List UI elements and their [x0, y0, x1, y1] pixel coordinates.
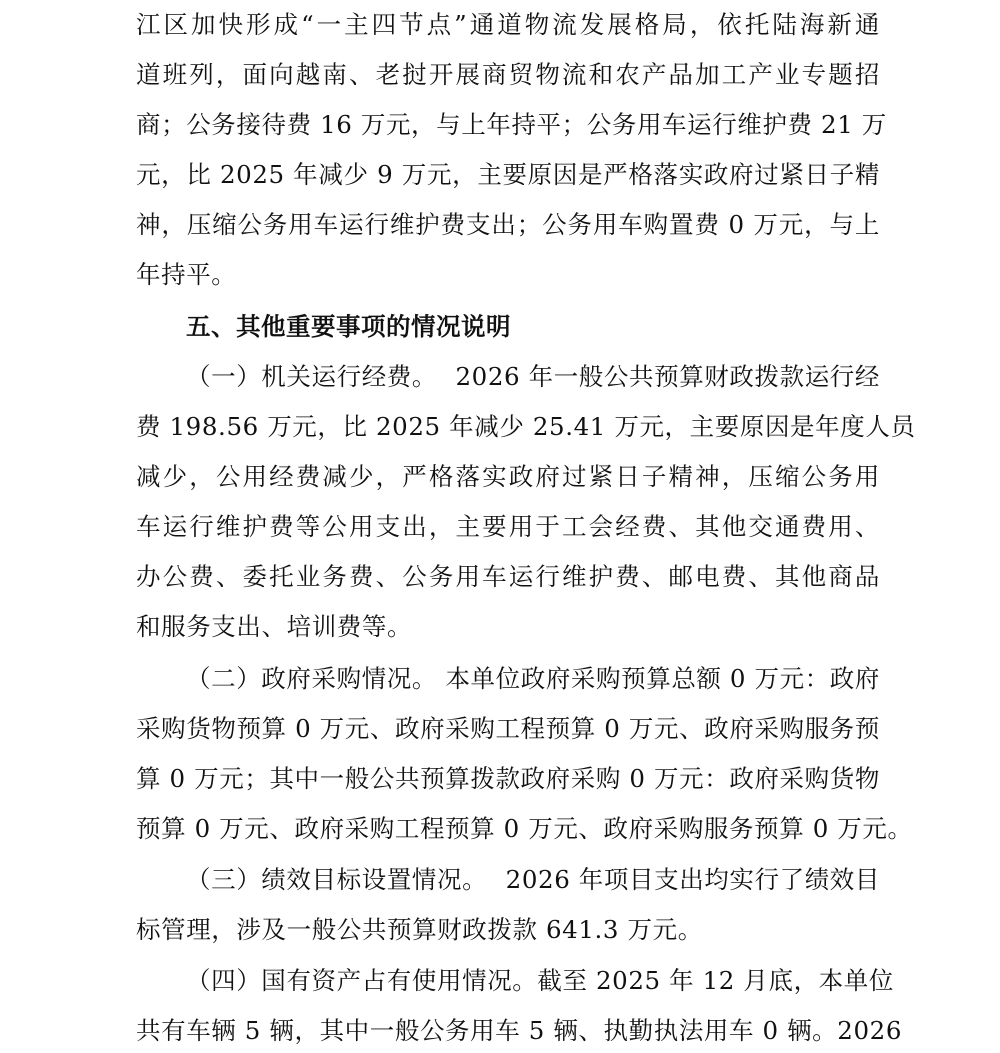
subsection-first-line: （二）政府采购情况。 本单位政府采购预算总额 0 万元：政府 [186, 654, 880, 704]
paragraph-line: 共有车辆 5 辆，其中一般公务用车 5 辆、执勤执法用车 0 辆。2026 [136, 1006, 880, 1053]
paragraph-line: 费 198.56 万元，比 2025 年减少 25.41 万元，主要原因是年度人… [136, 402, 880, 452]
subsection-title: （一）机关运行经费。 [186, 352, 437, 402]
paragraph-line: 神，压缩公务用车运行维护费支出；公务用车购置费 0 万元，与上 [136, 200, 880, 250]
subsection-first-line: （一）机关运行经费。 2026 年一般公共预算财政拨款运行经 [186, 352, 880, 402]
subsection-title: （二）政府采购情况。 [186, 654, 437, 704]
subsection-first-line: （三）绩效目标设置情况。 2026 年项目支出均实行了绩效目 [186, 855, 880, 905]
paragraph-line: 办公费、委托业务费、公务用车运行维护费、邮电费、其他商品 [136, 552, 880, 602]
paragraph-line: 商；公务接待费 16 万元，与上年持平；公务用车运行维护费 21 万 [136, 100, 880, 150]
subsection-text: 2026 年一般公共预算财政拨款运行经 [455, 352, 880, 402]
subsection-title: （三）绩效目标设置情况。 [186, 855, 487, 905]
subsection-text: 本单位政府采购预算总额 0 万元：政府 [445, 654, 880, 704]
subsection-text: 截至 2025 年 12 月底，本单位 [537, 956, 894, 1006]
paragraph-line: 和服务支出、培训费等。 [136, 602, 412, 652]
subsection-first-line: （四）国有资产占有使用情况。 截至 2025 年 12 月底，本单位 [186, 956, 880, 1006]
paragraph-line: 元，比 2025 年减少 9 万元，主要原因是严格落实政府过紧日子精 [136, 150, 880, 200]
paragraph-line: 道班列，面向越南、老挝开展商贸物流和农产品加工产业专题招 [136, 50, 880, 100]
subsection-title: （四）国有资产占有使用情况。 [186, 956, 537, 1006]
paragraph-line: 年持平。 [136, 250, 236, 300]
section-heading: 五、其他重要事项的情况说明 [186, 302, 511, 352]
subsection-text: 2026 年项目支出均实行了绩效目 [506, 855, 880, 905]
paragraph-line: 标管理，涉及一般公共预算财政拨款 641.3 万元。 [136, 905, 703, 955]
paragraph-line: 江区加快形成“一主四节点”通道物流发展格局，依托陆海新通 [136, 0, 880, 50]
paragraph-line: 采购货物预算 0 万元、政府采购工程预算 0 万元、政府采购服务预 [136, 704, 880, 754]
paragraph-line: 算 0 万元；其中一般公共预算拨款政府采购 0 万元：政府采购货物 [136, 754, 880, 804]
paragraph-line: 预算 0 万元、政府采购工程预算 0 万元、政府采购服务预算 0 万元。 [136, 804, 880, 854]
paragraph-line: 减少，公用经费减少，严格落实政府过紧日子精神，压缩公务用 [136, 452, 880, 502]
paragraph-line: 车运行维护费等公用支出，主要用于工会经费、其他交通费用、 [136, 502, 880, 552]
